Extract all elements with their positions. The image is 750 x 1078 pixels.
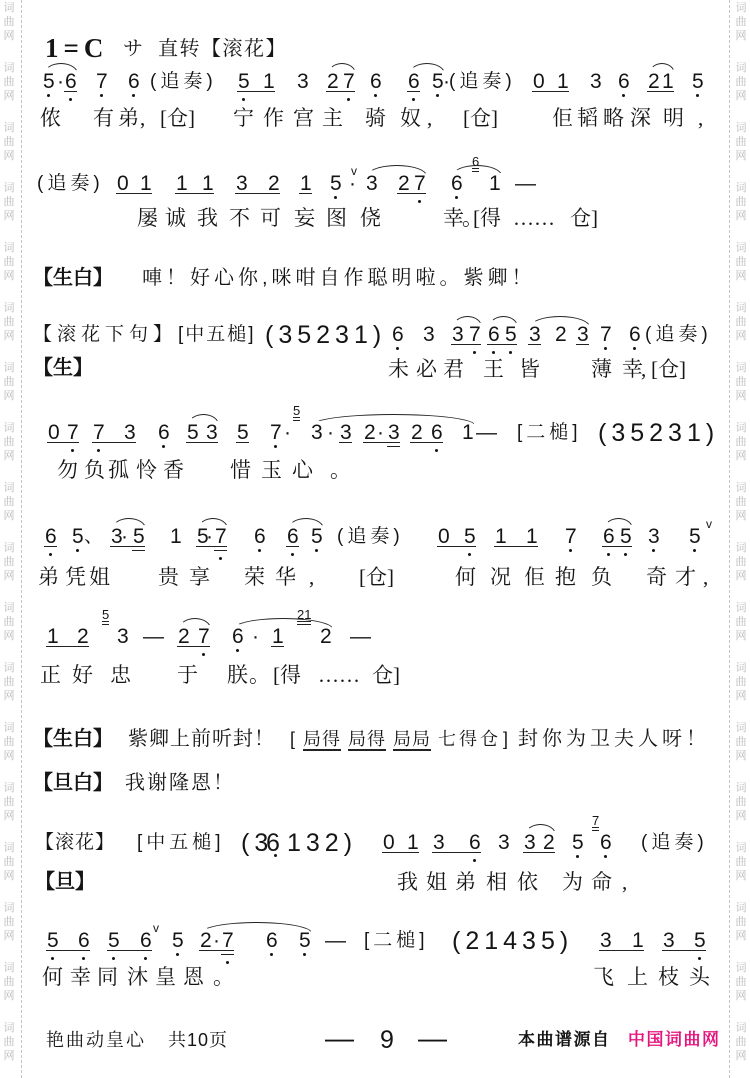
lyric-char: 我 (197, 206, 218, 230)
lyric-char: [仓] (651, 357, 686, 381)
lyric-char: 佢 (524, 565, 545, 589)
beam-underline (602, 546, 632, 547)
lyric-char: 侥 (360, 206, 381, 230)
lyric-char: 贵 (158, 565, 179, 589)
watermark-char: 词 (735, 902, 747, 914)
note: 7 (96, 70, 108, 94)
lyric-char: 况 (490, 565, 511, 589)
lyric-char: [仓] (359, 565, 394, 589)
watermark-char: 曲 (3, 256, 15, 268)
lyric-char: 怜 (136, 458, 157, 482)
intro-motif: 132) (287, 830, 357, 856)
beam-underline (326, 91, 355, 92)
lyric-char: 君 (443, 357, 464, 381)
watermark-char: 词 (3, 722, 15, 734)
lyric-char: 幸 (443, 206, 464, 230)
watermark-char: 网 (3, 510, 15, 522)
slur-arc (112, 518, 146, 529)
beam-underline (451, 344, 481, 345)
lyric-char: 何 (42, 965, 63, 989)
lyric-char: 未 (388, 357, 409, 381)
notation-row: (追奏)01113215v·327661— (0, 172, 750, 198)
notation-row: 5·676(追奏)51327665·(追奏)0136215 (0, 70, 750, 96)
lyric-char: 仓] (570, 206, 598, 230)
lyric-char: 抱 (555, 565, 576, 589)
performance-cue: (追奏) (37, 172, 104, 196)
note: 1 (170, 525, 182, 549)
beam-underline (410, 442, 443, 443)
beam-underline (237, 91, 275, 92)
lyric-char: 相 (486, 870, 507, 894)
lyric-char: …… (513, 206, 555, 230)
beam-underline (44, 546, 57, 547)
sustain-dash: — (143, 625, 164, 649)
lyric-char: 沐 (127, 965, 148, 989)
lyric-char: 孤 (108, 458, 129, 482)
notation-row: 1253—276·1212— (0, 625, 750, 651)
note: 7 (600, 323, 612, 347)
watermark-char: 网 (3, 810, 15, 822)
sustain-dash: — (476, 421, 497, 445)
lyric-char: 同 (97, 965, 118, 989)
lyric-char: 图 (326, 206, 347, 230)
beam-underline (110, 546, 145, 547)
page-dash-right: — (418, 1026, 447, 1052)
lyric-char: 主 (322, 106, 343, 130)
watermark-char: 网 (735, 810, 747, 822)
beam-underline (494, 546, 538, 547)
note: 5 (330, 172, 342, 196)
lyric-char: 宁 (233, 106, 254, 130)
watermark-char: 曲 (3, 1036, 15, 1048)
beam-underline (46, 950, 90, 951)
lyric-char: [得 (273, 663, 301, 687)
beam-underline (407, 91, 420, 92)
watermark-char: 词 (735, 302, 747, 314)
watermark-char: 曲 (3, 496, 15, 508)
lyric-char: 朕 (227, 663, 248, 687)
lyric-char: 深 (630, 106, 651, 130)
note: 5 (689, 525, 701, 549)
lyric-char: 幸 (70, 965, 91, 989)
note: 3 (297, 70, 309, 94)
notation-row: (35231)63376532376(追奏) (0, 323, 750, 349)
lyric-char: 王 (483, 357, 504, 381)
beam-underline (132, 550, 145, 551)
beam-underline (432, 852, 481, 853)
spoken-line: 我谢隆恩！ (125, 770, 235, 796)
lyric-char: 玉 (261, 458, 282, 482)
note: 3 (590, 70, 602, 94)
score-page: 词曲网词曲网词曲网词曲网词曲网词曲网词曲网词曲网词曲网词曲网词曲网词曲网词曲网词… (0, 0, 750, 1078)
grace-note: 5 (293, 404, 300, 418)
beam-underline (528, 344, 541, 345)
note: 5 (692, 70, 704, 94)
lyric-char: 皇 (155, 965, 176, 989)
lyric-char: 心 (292, 458, 313, 482)
note: 3 (498, 831, 510, 855)
augmentation-dot: · (349, 172, 356, 196)
beam-underline (221, 954, 234, 955)
lyric-row: 正好忠于朕。[得……仓] (0, 663, 750, 689)
lyric-char: , (641, 357, 646, 381)
watermark-char: 网 (3, 390, 15, 402)
lyric-char: 恩 (183, 965, 204, 989)
note: 7 (565, 525, 577, 549)
lyric-char: 于 (177, 663, 198, 687)
lyric-char: 略 (603, 106, 624, 130)
beam-underline (186, 442, 218, 443)
watermark-char: 曲 (3, 16, 15, 28)
beam-underline (382, 852, 419, 853)
page-number: 9 (380, 1027, 394, 1053)
lyric-char: 为 (562, 870, 583, 894)
performance-cue: (追奏) (449, 70, 516, 94)
lyric-row: 何幸同沐皇恩。飞上枝头 (0, 965, 750, 991)
lyric-char: 命 (591, 870, 612, 894)
watermark-char: 词 (735, 782, 747, 794)
lyric-row: 侬有弟,[仓]宁作宫主骑奴,[仓]佢韬略深明, (0, 106, 750, 132)
beam-underline (576, 344, 589, 345)
beam-underline (64, 91, 77, 92)
intro-motif: (35231) (598, 420, 719, 446)
lyric-char: 必 (416, 357, 437, 381)
lyric-char: 弟 (38, 565, 59, 589)
beam-underline (92, 442, 136, 443)
lyric-char: 何 (455, 565, 476, 589)
beam-underline (339, 442, 352, 443)
watermark-char: 网 (3, 990, 15, 1002)
lyric-char: 享 (189, 565, 210, 589)
lyric-char: [仓] (463, 106, 498, 130)
note: 3 (423, 323, 435, 347)
note: 6 (128, 70, 140, 94)
watermark-char: 曲 (735, 136, 747, 148)
watermark-char: 词 (735, 602, 747, 614)
lyric-char: 负 (591, 565, 612, 589)
beam-underline (177, 646, 210, 647)
lyric-char: 诚 (165, 206, 186, 230)
percussion-group: 局局 (393, 729, 431, 751)
watermark-char: 曲 (735, 736, 747, 748)
lyric-char: 。 (249, 663, 270, 687)
watermark-char: 词 (3, 302, 15, 314)
lyric-char: 作 (263, 106, 284, 130)
note: 6 (392, 323, 404, 347)
beam-underline (299, 193, 312, 194)
beam-underline (397, 193, 426, 194)
note: 5 (72, 525, 84, 549)
song-title: 艳曲动皇心 (46, 1027, 146, 1053)
spoken-line: 紫卿上前听封！ (128, 726, 275, 752)
lyric-char: 有 (93, 106, 114, 130)
percussion-group: 局得 (348, 729, 386, 751)
watermark-char: 网 (735, 270, 747, 282)
watermark-char: 网 (735, 150, 747, 162)
lyric-char: 惜 (230, 458, 251, 482)
watermark-char: 网 (735, 750, 747, 762)
watermark-char: 网 (3, 690, 15, 702)
watermark-char: 词 (3, 242, 15, 254)
beam-underline (487, 344, 517, 345)
note: 6 (370, 70, 382, 94)
grace-note: 7 (592, 814, 599, 828)
sustain-dash: — (515, 172, 536, 196)
note: 6 (600, 831, 612, 855)
slur-arc (649, 63, 675, 74)
note: 6 (629, 323, 641, 347)
watermark-char: 曲 (735, 796, 747, 808)
slur-arc (233, 618, 333, 629)
notation-row: 5656v52·765—[二槌](21435)3135 (0, 929, 750, 955)
lyric-row: 我姐弟相依为命, (0, 870, 750, 896)
lyric-char: 才 (675, 565, 696, 589)
watermark-char: 曲 (735, 1036, 747, 1048)
watermark-char: 词 (735, 242, 747, 254)
lyric-row: 屡诚我不可妄图侥幸。[得……仓] (0, 206, 750, 232)
lyric-char: , (622, 870, 627, 894)
performance-cue: (追奏) (641, 831, 708, 855)
sustain-dash: — (325, 929, 346, 953)
watermark-char: 网 (735, 1050, 747, 1062)
lyric-char: 佢 (552, 106, 573, 130)
lyric-char: 依 (517, 870, 538, 894)
bracket-open: [ (290, 729, 296, 749)
spoken-line-continued: 封你为卫夫人呀！ (518, 726, 710, 752)
lyric-char: 幸 (622, 357, 643, 381)
slur-arc (489, 316, 518, 327)
lyric-char: 弟 (455, 870, 476, 894)
watermark-char: 曲 (3, 736, 15, 748)
lyric-char: 上 (627, 965, 648, 989)
beam-underline (214, 550, 227, 551)
breath-mark: v (153, 922, 159, 934)
watermark-char: 网 (3, 30, 15, 42)
lyric-char: 薄 (591, 357, 612, 381)
lyric-char: 正 (40, 663, 61, 687)
lyric-char: 华 (275, 565, 296, 589)
slur-arc (525, 824, 556, 835)
slur-arc (453, 316, 482, 327)
beam-underline (46, 646, 89, 647)
watermark-char: 网 (3, 1050, 15, 1062)
lyric-char: , (427, 106, 432, 130)
lyric-char: 奴 (400, 106, 421, 130)
key-signature: 1=C (45, 35, 108, 61)
watermark-char: 词 (735, 722, 747, 734)
slur-arc (530, 316, 590, 327)
intro-motif: (35231) (265, 322, 386, 348)
lyric-char: 不 (229, 206, 250, 230)
lyric-char: 明 (663, 106, 684, 130)
note: 5 (572, 831, 584, 855)
notation-row: 65、3·515·7665(追奏)051176535v (0, 525, 750, 551)
watermark-char: 网 (735, 390, 747, 402)
lyric-char: 仓] (372, 663, 400, 687)
slur-arc (188, 414, 219, 425)
beam-underline (532, 91, 569, 92)
watermark-char: 词 (735, 1022, 747, 1034)
lyric-char: 弟 (118, 106, 139, 130)
watermark-char: 词 (3, 1022, 15, 1034)
lyric-char: 荣 (244, 565, 265, 589)
lyric-row: 勿负孤怜香惜玉心。 (0, 458, 750, 484)
lyric-char: 。 (330, 458, 351, 482)
watermark-char: 网 (3, 150, 15, 162)
slur-arc (452, 165, 502, 176)
lyric-char: 皆 (519, 357, 540, 381)
role-label: 【生白】 (33, 265, 113, 291)
lyric-char: …… (318, 663, 360, 687)
intro-motif: 6 (266, 830, 285, 856)
spoken-line: 唓！好心你,咪咁自作聪明啦。紫卿！ (142, 265, 536, 291)
note: 3 (648, 525, 660, 549)
watermark-char: 曲 (3, 916, 15, 928)
lyric-char: 屡 (137, 206, 158, 230)
lyric-char: 侬 (40, 106, 61, 130)
beam-underline (235, 193, 280, 194)
role-label: 【生白】 (33, 726, 113, 752)
watermark-char: 网 (3, 750, 15, 762)
performance-cue: (追奏) (645, 323, 712, 347)
role-label: 【旦白】 (33, 770, 113, 796)
bracket-close: ] (503, 727, 509, 751)
slur-arc (201, 922, 312, 933)
source-label: 本曲谱源自 (518, 1027, 611, 1053)
beam-underline (286, 546, 299, 547)
percussion-group: 局得 (303, 729, 341, 751)
lyric-char: 奇 (646, 565, 667, 589)
beam-underline (271, 646, 284, 647)
notation-row: 077365357·53·32·3261—[二槌](35231) (0, 421, 750, 447)
watermark-char: 词 (3, 2, 15, 14)
beam-underline (199, 950, 234, 951)
beam-underline (363, 442, 400, 443)
grace-note: 5 (102, 608, 109, 622)
lyric-char: 宫 (293, 106, 314, 130)
watermark-char: 曲 (735, 496, 747, 508)
beam-underline (437, 546, 476, 547)
percussion-group: 七得仓 (438, 727, 501, 751)
watermark-char: 词 (735, 2, 747, 14)
lyric-char: 。 (213, 965, 234, 989)
performance-cue: (追奏) (150, 70, 217, 94)
watermark-char: 曲 (735, 916, 747, 928)
beam-underline (236, 442, 249, 443)
note: 5 (172, 929, 184, 953)
lyric-char: 姐 (89, 565, 110, 589)
slur-arc (604, 518, 633, 529)
lyric-char: , (703, 565, 708, 589)
lyric-char: [仓] (160, 106, 195, 130)
percussion-pattern: [局得局得局局七得仓] (290, 727, 509, 751)
slur-arc (409, 63, 445, 74)
lyric-char: 骑 (365, 106, 386, 130)
lyric-char: 妄 (294, 206, 315, 230)
note: 6 (158, 421, 170, 445)
total-pages: 共10页 (168, 1027, 228, 1053)
slur-arc (44, 63, 78, 74)
sustain-dash: — (350, 625, 371, 649)
lyric-char: [得 (473, 206, 501, 230)
lyric-char: 头 (689, 965, 710, 989)
watermark-char: 网 (3, 270, 15, 282)
watermark-char: 曲 (3, 856, 15, 868)
lyric-char: 忠 (110, 663, 131, 687)
watermark-char: 网 (735, 510, 747, 522)
watermark-char: 词 (3, 602, 15, 614)
beam-underline (647, 91, 674, 92)
intro-motif: (21435) (452, 928, 573, 954)
beam-underline (107, 950, 152, 951)
lyric-char: 好 (72, 663, 93, 687)
note: 3 (117, 625, 129, 649)
lyric-char: 飞 (593, 965, 614, 989)
notation-row: (36132)0136332576(追奏) (0, 831, 750, 857)
page-dash-left: — (325, 1026, 354, 1052)
beam-underline (387, 446, 400, 447)
note: 7 (270, 421, 282, 445)
watermark-char: 曲 (3, 796, 15, 808)
lyric-char: , (140, 106, 145, 130)
slur-arc (179, 618, 211, 629)
watermark-char: 网 (735, 690, 747, 702)
lyric-char: 勿 (57, 458, 78, 482)
tempo-directive: 直转【滚花】 (158, 36, 287, 62)
watermark-char: 曲 (3, 136, 15, 148)
slur-arc (288, 518, 324, 529)
note: 6 (254, 525, 266, 549)
free-meter-symbol: サ (123, 36, 143, 62)
slur-arc (198, 518, 228, 529)
watermark-char: 词 (3, 782, 15, 794)
performance-cue: (追奏) (337, 525, 404, 549)
watermark-char: 网 (735, 990, 747, 1002)
watermark-char: 曲 (735, 256, 747, 268)
lyric-char: 可 (260, 206, 281, 230)
pause-mark: 、 (84, 525, 103, 549)
lyric-char: 我 (397, 870, 418, 894)
lyric-char: , (309, 565, 314, 589)
beam-underline (662, 950, 706, 951)
lyric-char: 香 (163, 458, 184, 482)
performance-cue: [二槌] (517, 421, 582, 445)
source-site-name: 中国词曲网 (628, 1027, 721, 1053)
watermark-char: 曲 (735, 16, 747, 28)
beam-underline (175, 193, 214, 194)
lyric-char: 枝 (658, 965, 679, 989)
slur-arc (367, 165, 427, 176)
performance-cue: [二槌] (364, 929, 429, 953)
augmentation-dot: · (284, 421, 291, 445)
lyric-char: , (698, 106, 703, 130)
lyric-char: 负 (84, 458, 105, 482)
beam-underline (47, 442, 79, 443)
lyric-char: 姐 (426, 870, 447, 894)
beam-underline (523, 852, 555, 853)
watermark-char: 词 (3, 902, 15, 914)
lyric-char: 凭 (65, 565, 86, 589)
beam-underline (599, 950, 644, 951)
watermark-char: 曲 (735, 856, 747, 868)
watermark-char: 网 (735, 30, 747, 42)
beam-underline (196, 546, 227, 547)
slur-arc (312, 414, 475, 425)
breath-mark: v (706, 518, 712, 530)
note: 6 (618, 70, 630, 94)
lyric-row: 未必君王皆薄幸,[仓] (0, 357, 750, 383)
beam-underline (116, 193, 152, 194)
